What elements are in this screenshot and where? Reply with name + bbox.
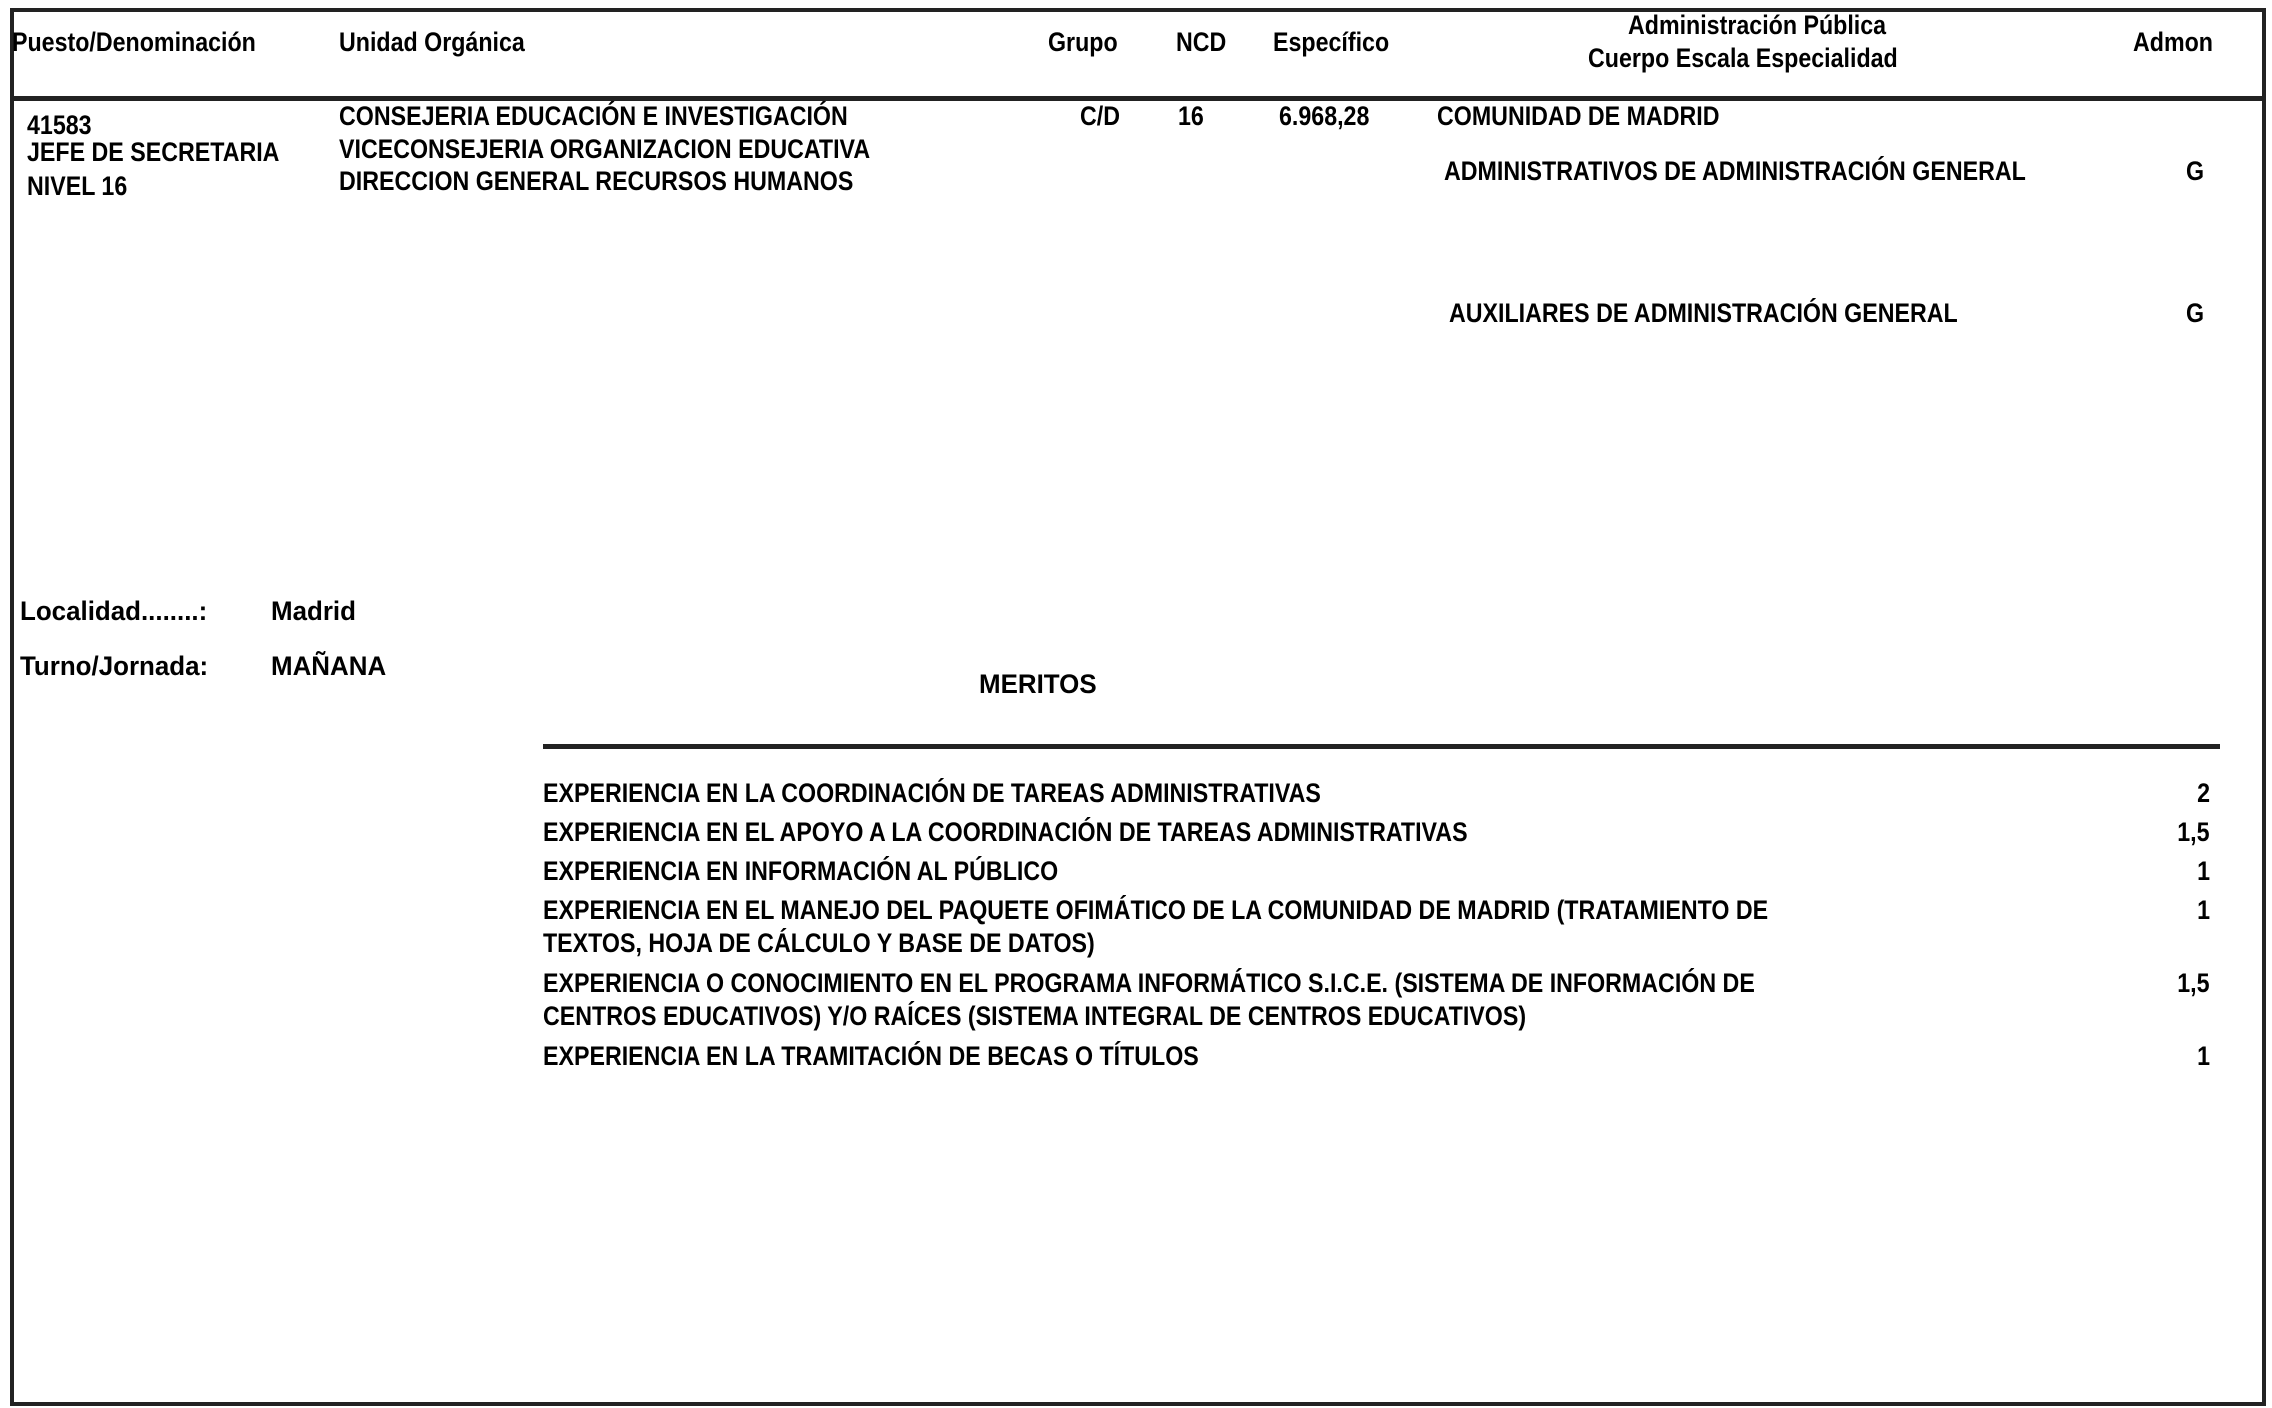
unidad-organica-line-2: VICECONSEJERIA ORGANIZACION EDUCATIVA [339, 136, 870, 163]
merito-puntos: 1,5 [2178, 819, 2210, 846]
merito-description: EXPERIENCIA EN LA TRAMITACIÓN DE BECAS O… [543, 1043, 1199, 1070]
merito-puntos: 1 [2197, 1043, 2210, 1070]
ncd-value: 16 [1178, 103, 1204, 130]
cuerpo-1-nombre: ADMINISTRATIVOS DE ADMINISTRACIÓN GENERA… [1444, 158, 2026, 185]
merito-description: EXPERIENCIA EN INFORMACIÓN AL PÚBLICO [543, 858, 1058, 885]
merito-puntos: 1 [2197, 858, 2210, 885]
header-admon: Admon [2133, 29, 2213, 56]
localidad-value: Madrid [271, 598, 356, 625]
header-ncd: NCD [1176, 29, 1226, 56]
merito-puntos: 1,5 [2178, 970, 2210, 997]
cuerpo-2-nombre: AUXILIARES DE ADMINISTRACIÓN GENERAL [1449, 300, 1958, 327]
header-administracion-publica: Administración Pública [1628, 12, 1886, 39]
cuerpo-2-admon: G [2186, 300, 2204, 327]
cuerpo-1-admon: G [2186, 158, 2204, 185]
localidad-label: Localidad........: [20, 598, 207, 625]
header-puesto: Puesto/Denominación [12, 29, 256, 56]
document-frame [10, 8, 2266, 1406]
merito-description: EXPERIENCIA EN LA COORDINACIÓN DE TAREAS… [543, 780, 1321, 807]
meritos-divider [543, 744, 2220, 749]
meritos-title: MERITOS [979, 671, 1097, 698]
puesto-nivel: NIVEL 16 [27, 173, 127, 200]
puesto-denominacion: JEFE DE SECRETARIA [27, 139, 279, 166]
merito-description: EXPERIENCIA EN EL MANEJO DEL PAQUETE OFI… [543, 897, 1768, 924]
merito-puntos: 1 [2197, 897, 2210, 924]
merito-description: CENTROS EDUCATIVOS) Y/O RAÍCES (SISTEMA … [543, 1003, 1526, 1030]
puesto-codigo: 41583 [27, 112, 92, 139]
turno-label: Turno/Jornada: [20, 653, 208, 680]
especifico-value: 6.968,28 [1279, 103, 1369, 130]
merito-puntos: 2 [2197, 780, 2210, 807]
merito-description: TEXTOS, HOJA DE CÁLCULO Y BASE DE DATOS) [543, 930, 1095, 957]
unidad-organica-line-1: CONSEJERIA EDUCACIÓN E INVESTIGACIÓN [339, 103, 848, 130]
grupo-value: C/D [1080, 103, 1120, 130]
header-especifico: Específico [1273, 29, 1389, 56]
unidad-organica-line-3: DIRECCION GENERAL RECURSOS HUMANOS [339, 168, 853, 195]
header-cuerpo-escala-especialidad: Cuerpo Escala Especialidad [1588, 45, 1898, 72]
turno-value: MAÑANA [271, 653, 386, 680]
header-unidad-organica: Unidad Orgánica [339, 29, 525, 56]
merito-description: EXPERIENCIA O CONOCIMIENTO EN EL PROGRAM… [543, 970, 1755, 997]
administracion-value: COMUNIDAD DE MADRID [1437, 103, 1719, 130]
header-grupo: Grupo [1048, 29, 1118, 56]
merito-description: EXPERIENCIA EN EL APOYO A LA COORDINACIÓ… [543, 819, 1468, 846]
